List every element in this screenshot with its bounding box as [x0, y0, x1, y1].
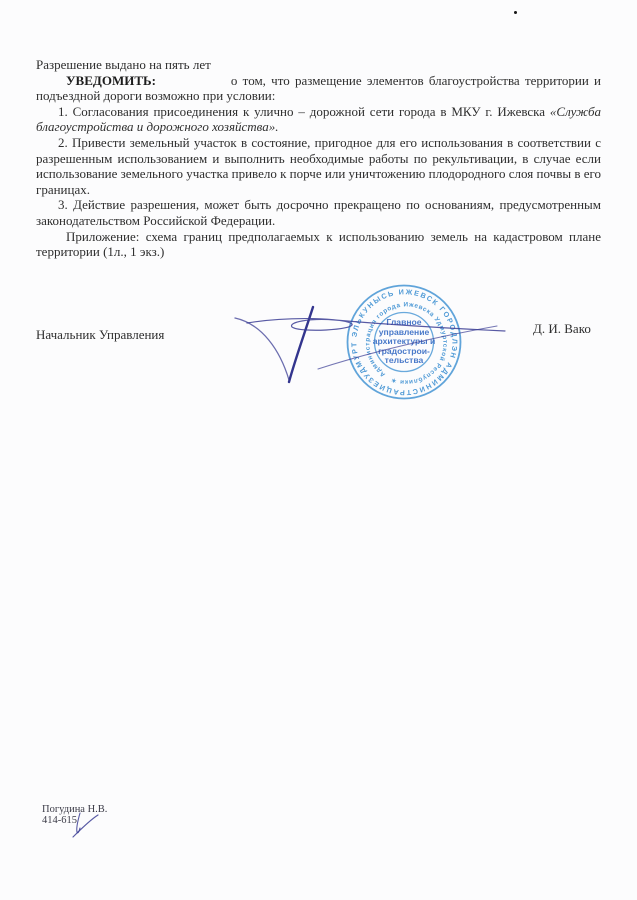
condition-item-2: 2. Привести земельный участок в состояни… [36, 135, 601, 197]
signatory-position: Начальник Управления [36, 327, 164, 343]
signature-ink [215, 300, 515, 405]
validity-line: Разрешение выдано на пять лет [36, 57, 601, 73]
attachment-paragraph: Приложение: схема границ предполагаемых … [36, 229, 601, 260]
condition-1-text: 1. Согласования присоединения к улично –… [58, 104, 550, 119]
signatory-name: Д. И. Вако [533, 321, 591, 337]
notify-paragraph: УВЕДОМИТЬ:о том, что размещение элементо… [36, 73, 601, 104]
scan-artifact-dot [514, 11, 517, 14]
condition-item-1: 1. Согласования присоединения к улично –… [36, 104, 601, 135]
notify-label: УВЕДОМИТЬ: [66, 73, 156, 88]
executor-initials-ink [70, 810, 105, 842]
document-body: Разрешение выдано на пять лет УВЕДОМИТЬ:… [36, 57, 601, 260]
document-page: Разрешение выдано на пять лет УВЕДОМИТЬ:… [0, 0, 637, 900]
condition-item-3: 3. Действие разрешения, может быть досро… [36, 197, 601, 228]
